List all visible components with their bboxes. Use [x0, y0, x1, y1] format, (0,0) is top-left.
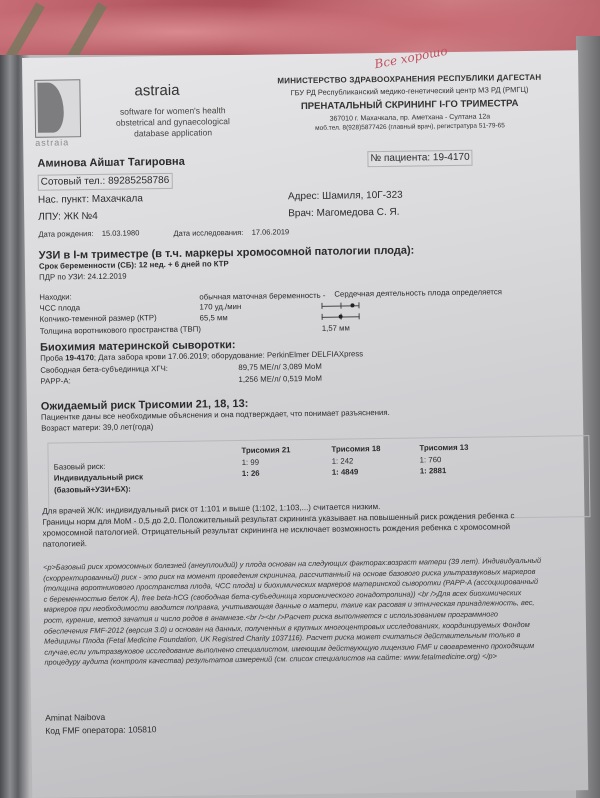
- individual-risk-t21: 1: 26: [242, 469, 260, 480]
- gestation-value: 12 нед. + 6 дней по КТР: [139, 259, 229, 269]
- tagline-line: database application: [103, 127, 243, 140]
- interpretation-note: Границы норм для МоМ - 0,5 до 2,0. Полож…: [42, 510, 532, 550]
- doctor-value: Магомедова С. Я.: [316, 207, 399, 219]
- exam-date: Дата исследования: 17.06.2019: [173, 227, 289, 238]
- operator-code-label: Код FMF оператора:: [45, 724, 125, 735]
- brand-name: astraia: [134, 82, 179, 100]
- risk-col-t13: Трисомия 13: [419, 443, 468, 454]
- pappa-value: 1,256 МЕ/л/ 0,519 МоМ: [238, 374, 322, 386]
- locality-label: Нас. пункт:: [38, 194, 89, 206]
- screening-report-page: astraia astraia software for women's hea…: [22, 50, 588, 798]
- risk-col-t18: Трисомия 18: [331, 444, 380, 455]
- lpu-value: ЖК №4: [64, 211, 98, 222]
- doctor-label: Врач:: [288, 208, 314, 219]
- astraia-logo-icon: [34, 79, 81, 138]
- address-label: Адрес:: [288, 191, 320, 202]
- sample-id: 19-4170: [65, 353, 94, 362]
- sample-prefix: Проба: [40, 353, 63, 362]
- hcg-label: Свободная бета-субъединица ХГЧ:: [40, 364, 168, 376]
- patient-number-value: 19-4170: [433, 152, 470, 164]
- base-risk-label: Базовый риск:: [54, 462, 106, 473]
- biochemistry-section: Биохимия материнской сыворотки: Проба 19…: [40, 334, 571, 391]
- crl-marker: [322, 313, 360, 320]
- findings-label: Находки:: [39, 292, 72, 303]
- risk-col-t21: Трисомия 21: [241, 445, 290, 456]
- crl-value: 65,5 мм: [200, 313, 228, 324]
- locality: Нас. пункт: Махачкала: [38, 192, 143, 207]
- operator-info: Aminat Naibova Код FMF оператора: 105810: [45, 705, 575, 735]
- findings-value: обычная маточная беременность -: [199, 291, 325, 303]
- birth-date-value: 15.03.1980: [102, 228, 140, 238]
- gestation-label: Срок беременности (СБ):: [39, 260, 137, 270]
- organization-header: МИНИСТЕРСТВО ЗДРАВООХРАНЕНИЯ РЕСПУБЛИКИ …: [244, 72, 575, 133]
- due-date-label: ПДР по УЗИ:: [39, 272, 85, 282]
- report-title: ПРЕНАТАЛЬНЫЙ СКРИНИНГ I-ГО ТРИМЕСТРА: [245, 97, 575, 113]
- patient-number-label: № пациента:: [370, 152, 430, 164]
- lpu: ЛПУ: ЖК №4: [38, 210, 98, 225]
- logo-word: astraia: [35, 137, 69, 147]
- individual-risk-t13: 1: 2881: [420, 466, 447, 477]
- individual-risk-label: Индивидуальный риск: [54, 472, 143, 484]
- phone-label: Сотовый тел.:: [41, 176, 106, 188]
- exam-date-label: Дата исследования:: [173, 228, 243, 238]
- address-value: Шамиля, 10Г-323: [322, 190, 403, 202]
- birth-date: Дата рождения: 15.03.1980: [38, 228, 139, 238]
- base-risk-t21: 1: 99: [242, 458, 259, 469]
- center-name: ГБУ РД Республиканский медико-генетическ…: [244, 84, 574, 98]
- hcg-value: 89,75 МЕ/л/ 3,089 МоМ: [238, 362, 322, 374]
- nt-label: Толщина воротникового пространства (ТВП): [40, 325, 201, 338]
- operator-code-value: 105810: [128, 724, 157, 734]
- heart-activity: Сердечная деятельность плода определяетс…: [334, 287, 502, 300]
- locality-value: Махачкала: [92, 193, 143, 205]
- notes-section: Для врачей Ж/К: индивидуальный риск от 1…: [42, 498, 573, 549]
- heart-rate-marker: [321, 302, 359, 309]
- exam-date-value: 17.06.2019: [252, 227, 290, 237]
- nt-value: 1,57 мм: [322, 323, 350, 334]
- patient-info: Аминова Айшат Тагировна № пациента: 19-4…: [37, 150, 568, 252]
- address: Адрес: Шамиля, 10Г-323: [288, 189, 403, 205]
- individual-risk-t18: 1: 4849: [332, 467, 359, 478]
- base-risk-t18: 1: 242: [332, 456, 354, 467]
- heart-rate-label: ЧСС плода: [39, 303, 80, 314]
- individual-risk-label-2: (базовый+УЗИ+БХ):: [54, 485, 131, 497]
- brand-tagline: software for women's health obstetrical …: [103, 105, 243, 140]
- methodology-footnote: <p>Базовый риск хромосомных болезней (ан…: [43, 556, 544, 669]
- phone-value: 89285258786: [108, 175, 169, 187]
- due-date-value: 24.12.2019: [87, 271, 126, 281]
- phone: Сотовый тел.: 89285258786: [38, 173, 173, 191]
- ultrasound-section: УЗИ в I-м триместре (в т.ч. маркеры хром…: [39, 242, 570, 329]
- crl-label: Копчико-теменной размер (КТР): [40, 313, 157, 325]
- birth-date-label: Дата рождения:: [38, 229, 93, 239]
- patient-name: Аминова Айшат Тагировна: [37, 156, 184, 170]
- patient-number: № пациента: 19-4170: [367, 150, 472, 167]
- ministry-name: МИНИСТЕРСТВО ЗДРАВООХРАНЕНИЯ РЕСПУБЛИКИ …: [244, 72, 574, 86]
- heart-rate-value: 170 уд./мин: [199, 302, 241, 313]
- base-risk-t13: 1: 760: [420, 455, 442, 466]
- doctor: Врач: Магомедова С. Я.: [288, 206, 399, 222]
- pappa-label: PAPP-A:: [40, 376, 70, 387]
- lpu-label: ЛПУ:: [38, 211, 61, 222]
